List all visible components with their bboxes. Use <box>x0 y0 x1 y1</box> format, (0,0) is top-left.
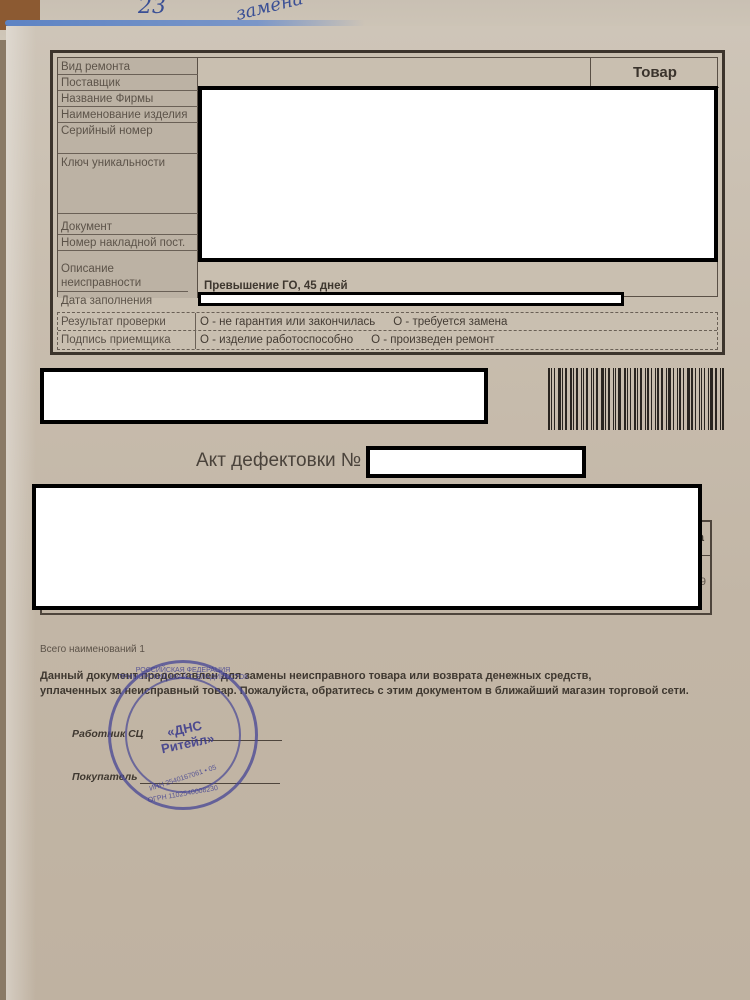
label-company-name: Название Фирмы <box>58 92 198 107</box>
stamp-company-name: «ДНС Ритейл» <box>139 712 233 760</box>
label-fill-date: Дата заполнения <box>58 294 198 308</box>
option-working: О - изделие работоспособно <box>200 334 353 346</box>
label-supplier: Поставщик <box>58 76 198 91</box>
company-stamp: РОССИЙСКАЯ ФЕДЕРАЦИЯ ПРИМОРСКИЙ КРАЙ Г. … <box>108 660 258 810</box>
label-uniqueness-key: Ключ уникальности <box>58 156 198 214</box>
redacted-address-block <box>40 368 488 424</box>
redacted-items-table <box>32 484 702 610</box>
receiver-signature-row: Подпись приемщика О - изделие работоспос… <box>58 331 717 349</box>
check-result-section: Результат проверки О - не гарантия или з… <box>57 312 718 350</box>
option-not-warranty: О - не гарантия или закончилась <box>200 316 375 328</box>
label-document: Документ <box>58 220 198 235</box>
option-replacement-needed: О - требуется замена <box>393 316 507 328</box>
stamp-outer-text: РОССИЙСКАЯ ФЕДЕРАЦИЯ ПРИМОРСКИЙ КРАЙ Г. … <box>111 667 255 681</box>
receiver-signature-options: О - изделие работоспособноО - произведен… <box>200 331 512 349</box>
barcode <box>548 368 726 430</box>
receiver-signature-label: Подпись приемщика <box>61 331 196 349</box>
label-serial-number: Серийный номер <box>58 124 198 154</box>
act-title: Акт дефектовки № Б <box>196 450 379 472</box>
product-header: Товар <box>590 58 719 88</box>
redacted-act-number <box>366 446 586 478</box>
label-invoice-number: Номер накладной пост. <box>58 236 198 251</box>
total-items: Всего наименований 1 <box>40 644 145 655</box>
form-label-column: Вид ремонта Поставщик Название Фирмы Наи… <box>58 58 198 298</box>
redacted-fill-date <box>198 292 624 306</box>
option-repaired: О - произведен ремонт <box>371 334 494 346</box>
label-product-name: Наименование изделия <box>58 108 198 123</box>
fault-description-value: Превышение ГО, 45 дней <box>204 280 348 292</box>
handwritten-number: 23 <box>138 0 166 19</box>
check-result-label: Результат проверки <box>61 313 196 331</box>
redacted-form-details <box>198 86 718 262</box>
label-fault-description: Описание неисправности <box>58 262 188 292</box>
label-repair-type: Вид ремонта <box>58 60 198 75</box>
check-result-row: Результат проверки О - не гарантия или з… <box>58 313 717 331</box>
check-result-options: О - не гарантия или закончиласьО - требу… <box>200 313 525 331</box>
